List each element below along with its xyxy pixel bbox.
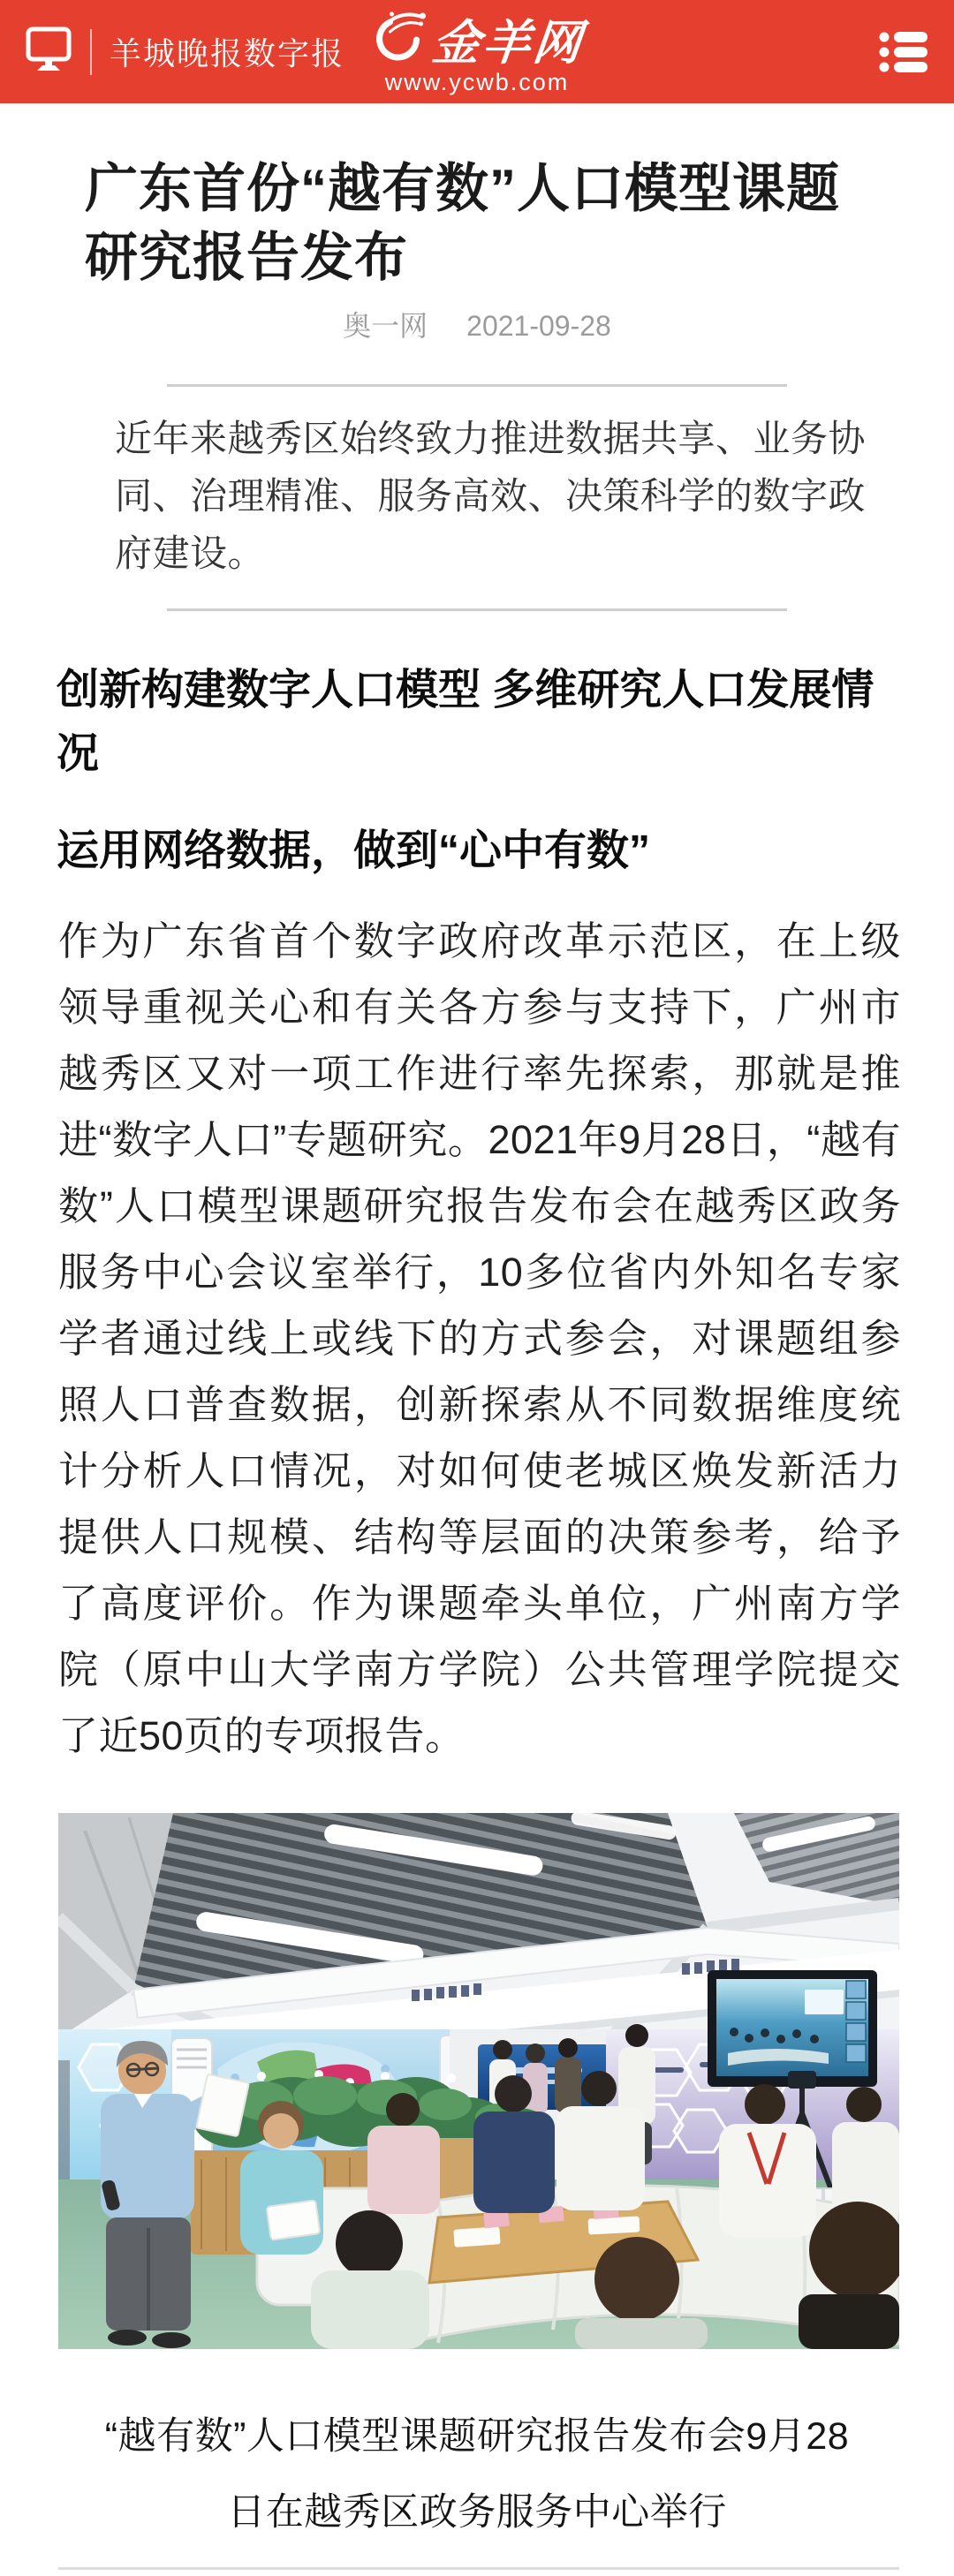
- byline-source: 奥一网: [343, 310, 428, 342]
- ram-swoosh-icon: [371, 8, 429, 67]
- divider-line-top: [167, 384, 787, 387]
- subheading-1: 创新构建数字人口模型 多维研究人口发展情况: [57, 659, 899, 786]
- article: 广东首份“越有数”人口模型课题研究报告发布 奥一网2021-09-28 近年来越…: [0, 155, 954, 2570]
- logo-wordmark: 金羊网: [430, 19, 587, 67]
- article-photo[interactable]: [58, 1813, 899, 2349]
- byline: 奥一网2021-09-28: [0, 306, 954, 345]
- digital-paper-link[interactable]: 羊城晚报数字报: [25, 25, 344, 79]
- divider-line-next: [58, 2567, 899, 2570]
- header-divider: [90, 29, 92, 75]
- conference-room-photo: [58, 1813, 899, 2349]
- monitor-icon: [25, 25, 72, 79]
- article-body: 作为广东省首个数字政府改革示范区，在上级领导重视关心和有关各方参与支持下，广州市…: [58, 908, 901, 1769]
- byline-date: 2021-09-28: [466, 310, 611, 342]
- menu-button[interactable]: [878, 29, 929, 75]
- photo-caption: “越有数”人口模型课题研究报告发布会9月28日在越秀区政务服务中心举行: [97, 2398, 857, 2550]
- summary-quote: 近年来越秀区始终致力推进数据共享、业务协同、治理精准、服务高效、决策科学的数字政…: [115, 410, 899, 582]
- logo-url: www.ycwb.com: [385, 69, 570, 96]
- site-logo[interactable]: 金羊网 www.ycwb.com: [371, 8, 584, 96]
- divider-line-bottom: [167, 608, 787, 611]
- app-header: 羊城晚报数字报 金羊网 www.ycwb.com: [0, 0, 954, 103]
- list-menu-icon: [878, 64, 929, 78]
- subheading-2: 运用网络数据，做到“心中有数”: [57, 820, 899, 883]
- article-title: 广东首份“越有数”人口模型课题研究报告发布: [85, 155, 862, 292]
- digital-paper-label: 羊城晚报数字报: [110, 29, 344, 74]
- tv-screen: [708, 1970, 877, 2087]
